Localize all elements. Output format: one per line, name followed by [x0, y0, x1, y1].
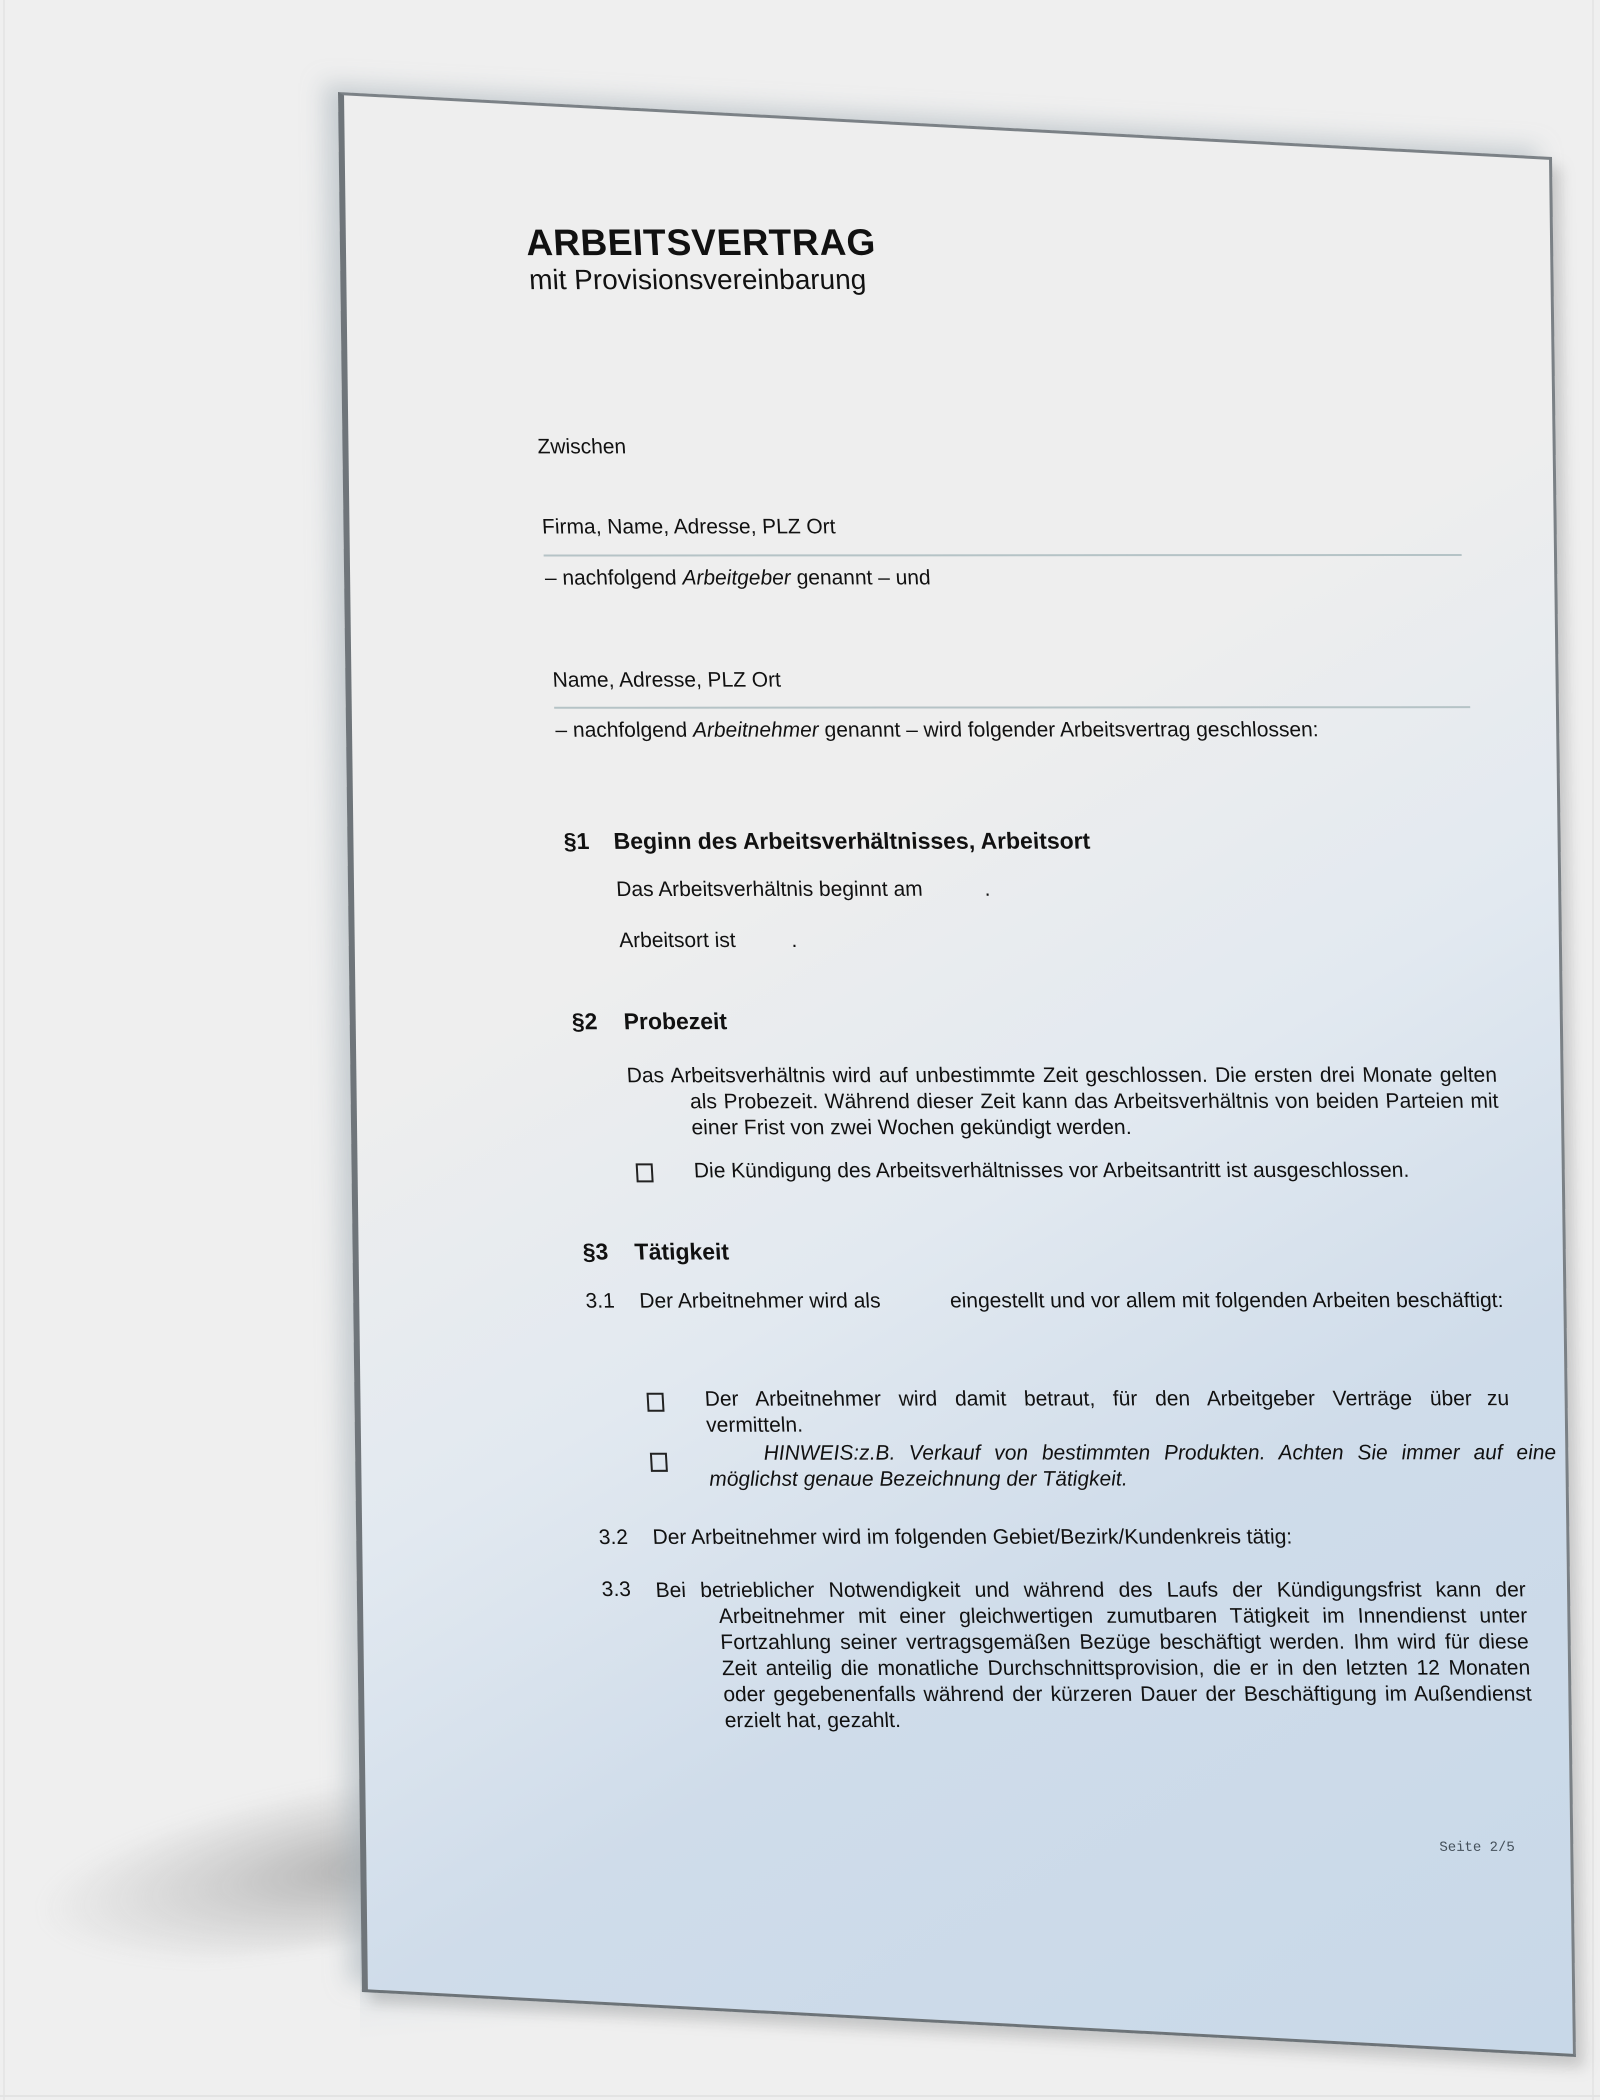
start-date-label: Das Arbeitsverhältnis beginnt am: [616, 878, 924, 901]
clause-3-2-text: Der Arbeitnehmer wird im folgenden Gebie…: [652, 1525, 1293, 1549]
employee-note: – nachfolgend Arbeitnehmer genannt – wir…: [555, 718, 1319, 743]
clause-3-1-text: Der Arbeitnehmer wird als eingestellt un…: [639, 1289, 1504, 1314]
brokering-contracts-cont: vermitteln.: [706, 1414, 804, 1438]
employee-note-role: Arbeitnehmer: [692, 719, 819, 742]
section-1-number: §1: [563, 828, 590, 855]
document-content: ARBEITSVERTRAG mit Provisionsvereinbarun…: [338, 91, 1600, 1995]
section-2-heading: Probezeit: [623, 1008, 728, 1035]
clause-3-1-text-before: Der Arbeitnehmer wird als: [639, 1289, 881, 1312]
brokering-contracts-label-end: zu: [1486, 1387, 1509, 1411]
section-1-workplace: Arbeitsort ist .: [618, 929, 797, 953]
hint-cont: möglichst genaue Bezeichnung der Tätigke…: [709, 1468, 1129, 1492]
employer-field[interactable]: Firma, Name, Adresse, PLZ Ort: [541, 515, 836, 539]
section-3-heading: Tätigkeit: [634, 1238, 730, 1265]
employee-field[interactable]: Name, Adresse, PLZ Ort: [552, 669, 782, 693]
document-page-preview: ARBEITSVERTRAG mit Provisionsvereinbarun…: [338, 92, 1576, 2057]
clause-3-2-number: 3.2: [598, 1526, 628, 1550]
section-1-start-date: Das Arbeitsverhältnis beginnt am .: [616, 878, 991, 902]
section-2-number: §2: [571, 1008, 598, 1035]
employee-note-prefix: – nachfolgend: [555, 719, 694, 742]
workplace-end: .: [791, 929, 798, 952]
section-3-number: §3: [582, 1239, 609, 1266]
start-date-end: .: [984, 878, 991, 901]
page-number: Seite 2/5: [1439, 1840, 1515, 1856]
clause-3-1-number: 3.1: [585, 1290, 615, 1314]
employee-note-suffix: genannt – wird folgender Arbeitsvertrag …: [818, 718, 1319, 741]
frame-edge-bottom: [0, 2095, 1600, 2097]
section-2-paragraph: Das Arbeitsverhältnis wird auf unbestimm…: [626, 1063, 1501, 1142]
employee-underline: [554, 706, 1470, 709]
brokering-contracts-line: Der Arbeitnehmer wird damit betraut, für…: [704, 1387, 1510, 1412]
employer-note-role: Arbeitgeber: [682, 566, 792, 589]
hint-line: HINWEIS: z.B. Verkauf von bestimmten Pro…: [763, 1441, 1513, 1466]
employer-note-suffix: genannt – und: [790, 566, 931, 589]
frame-edge-left: [3, 0, 5, 2100]
hint-text: z.B. Verkauf von bestimmten Produkten. A…: [858, 1441, 1556, 1465]
section-1-heading: Beginn des Arbeitsverhältnisses, Arbeits…: [613, 828, 1091, 855]
employer-note: – nachfolgend Arbeitgeber genannt – und: [544, 566, 931, 590]
workplace-label: Arbeitsort ist: [618, 929, 736, 952]
document-subtitle: mit Provisionsvereinbarung: [528, 264, 867, 296]
no-termination-before-start-checkbox[interactable]: [636, 1163, 654, 1182]
employer-note-prefix: – nachfolgend: [544, 566, 683, 589]
clause-3-1-text-after: eingestellt und vor allem mit folgenden …: [949, 1289, 1504, 1312]
intro-between: Zwischen: [537, 435, 627, 459]
clause-3-3-text: Bei betrieblicher Notwendigkeit und währ…: [655, 1577, 1534, 1734]
brokering-contracts-label: Der Arbeitnehmer wird damit betraut, für…: [704, 1387, 1472, 1412]
no-termination-before-start-label: Die Kündigung des Arbeitsverhältnisses v…: [693, 1159, 1410, 1184]
document-title: ARBEITSVERTRAG: [525, 222, 877, 264]
page-drop-shadow: [31, 1776, 410, 1985]
brokering-contracts-checkbox[interactable]: [647, 1393, 665, 1412]
clause-3-3-number: 3.3: [601, 1578, 631, 1602]
hint-label: HINWEIS:: [763, 1442, 860, 1466]
hint-checkbox[interactable]: [650, 1453, 668, 1472]
employer-underline: [544, 554, 1462, 557]
